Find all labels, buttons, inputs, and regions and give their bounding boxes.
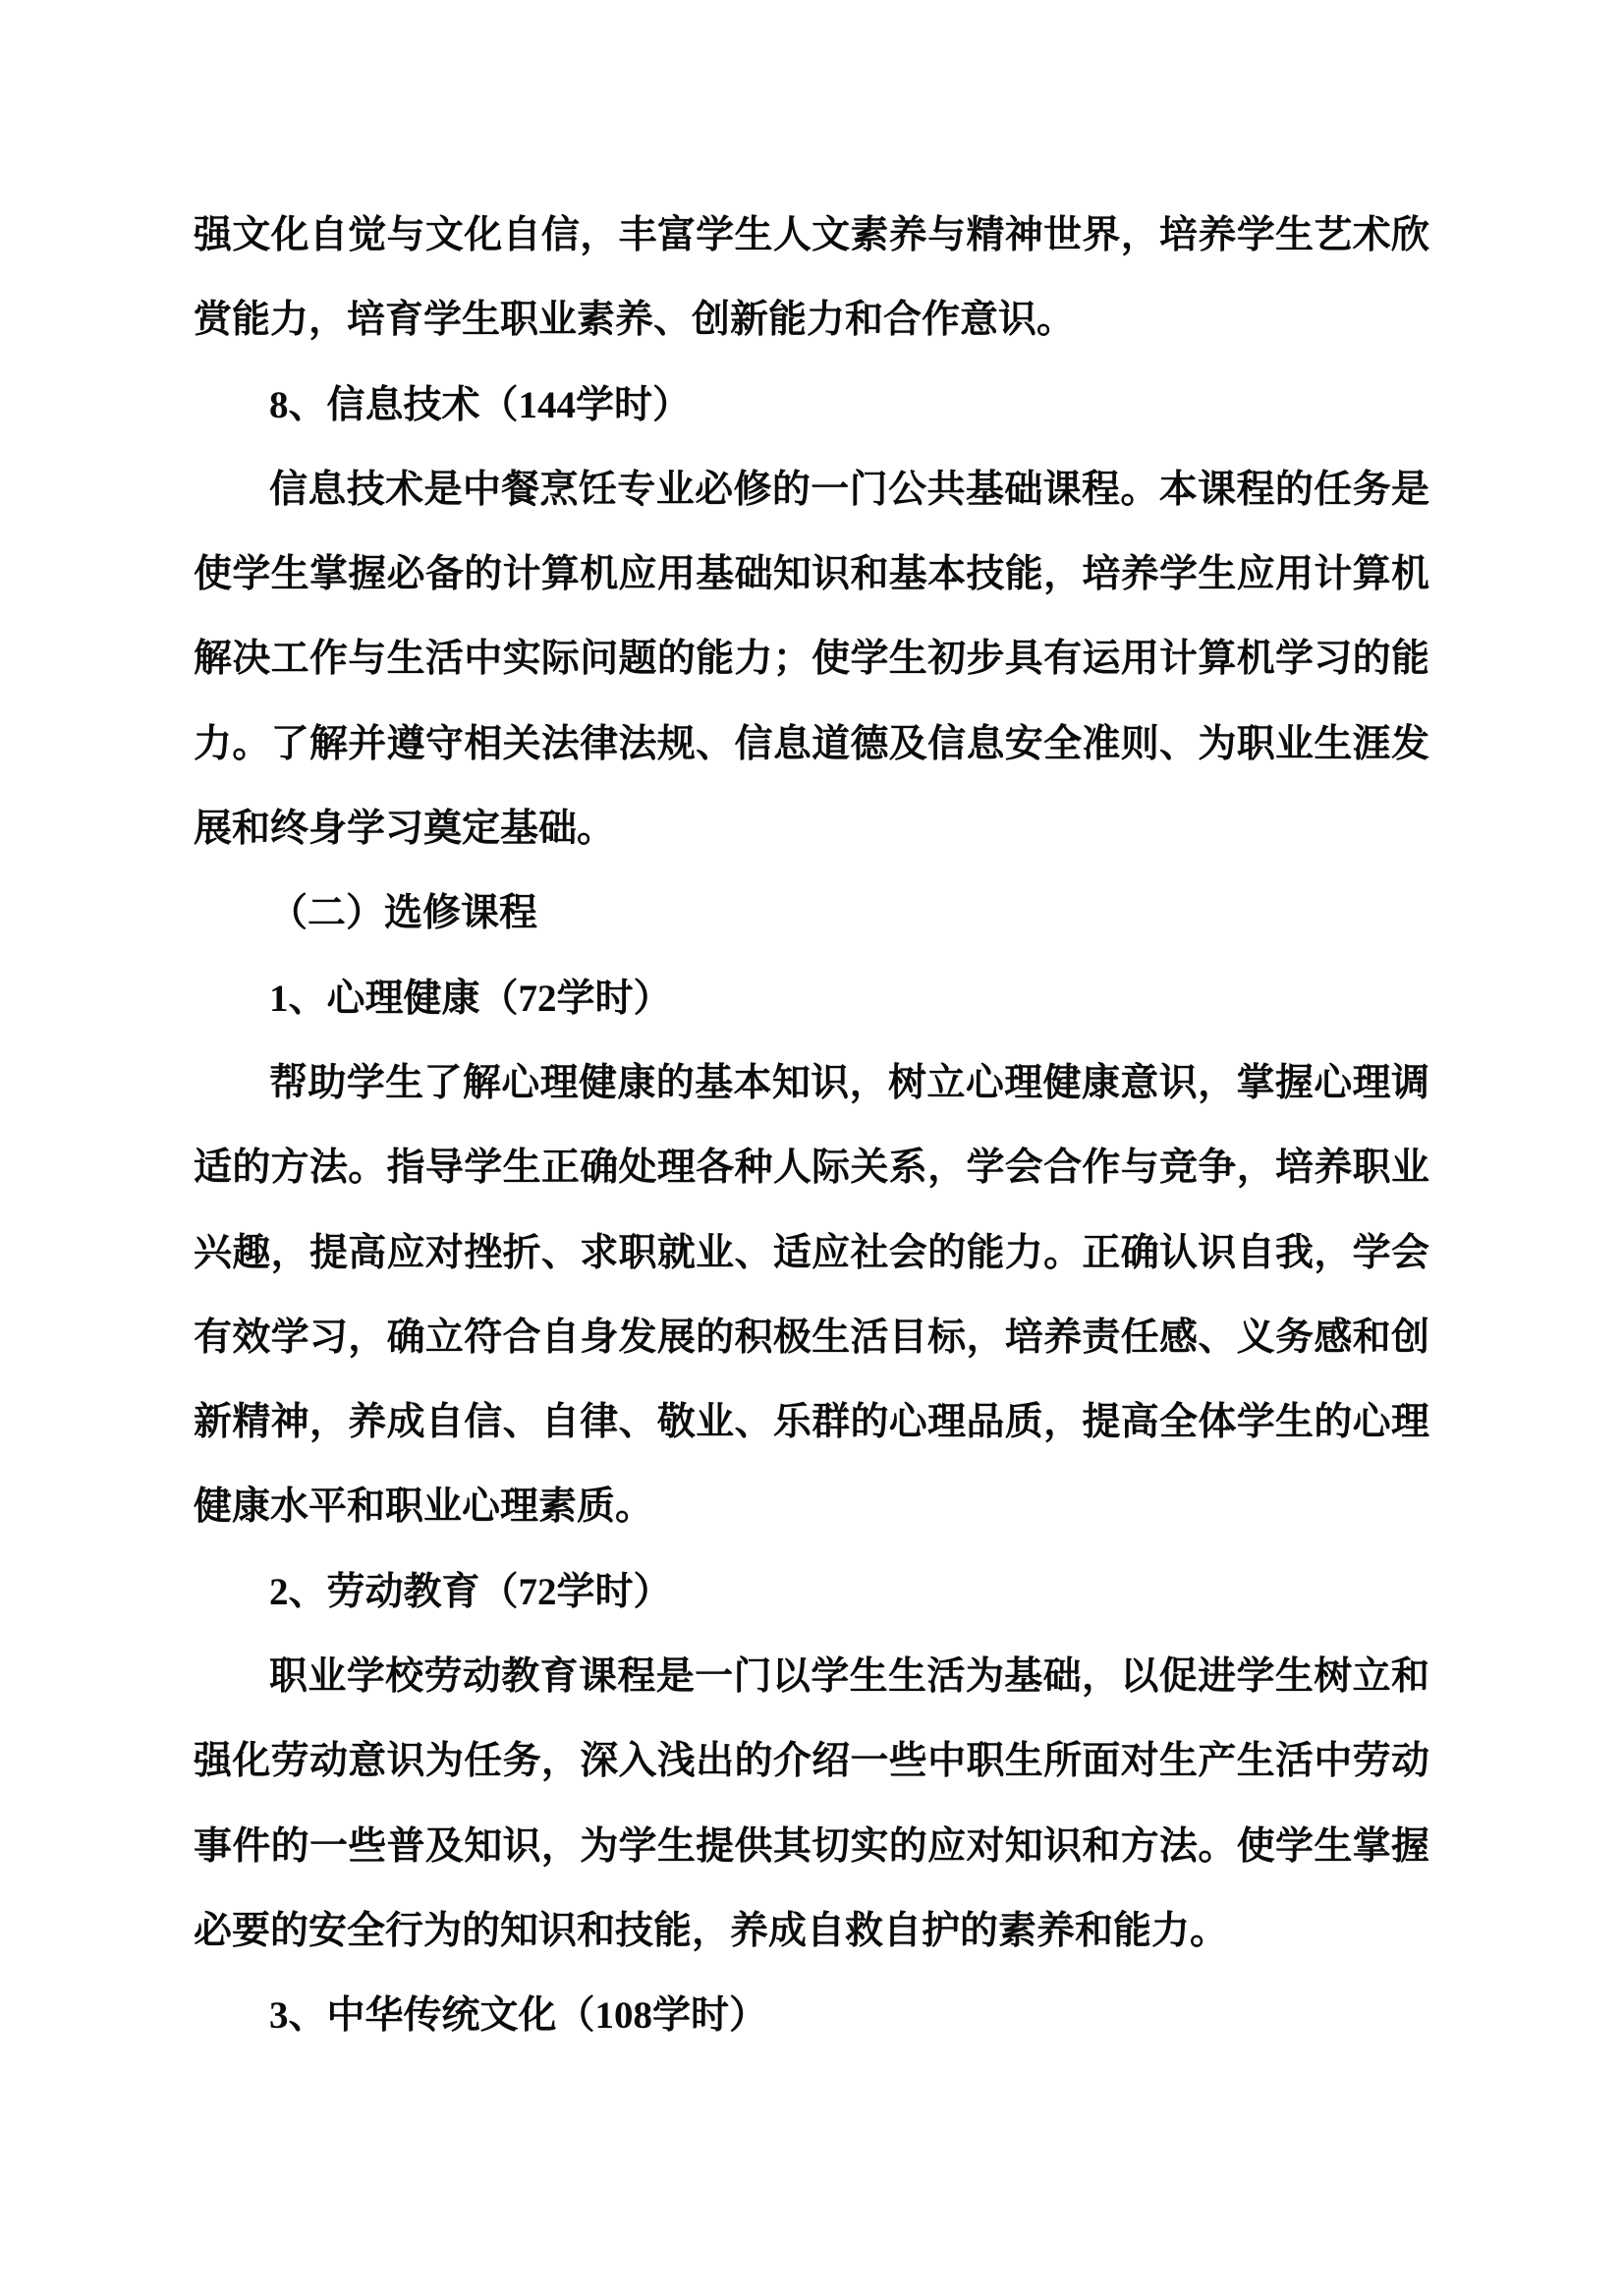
paragraph-line: 帮助学生了解心理健康的基本知识，树立心理健康意识，掌握心理调 [194,1041,1429,1126]
paragraph-line: 有效学习，确立符合自身发展的积极生活目标，培养责任感、义务感和创 [194,1296,1429,1380]
paragraph-line: 解决工作与生活中实际问题的能力；使学生初步具有运用计算机学习的能 [194,617,1429,701]
heading-line: 2、劳动教育（72学时） [194,1550,1429,1635]
paragraph-line: 力。了解并遵守相关法律法规、信息道德及信息安全准则、为职业生涯发 [194,702,1429,787]
paragraph-line: 展和终身学习奠定基础。 [194,787,1429,871]
heading-line: 8、信息技术（144学时） [194,364,1429,448]
paragraph-line: 职业学校劳动教育课程是一门以学生生活为基础，以促进学生树立和 [194,1635,1429,1719]
paragraph-line: 使学生掌握必备的计算机应用基础知识和基本技能，培养学生应用计算机 [194,532,1429,617]
paragraph-line: 强文化自觉与文化自信，丰富学生人文素养与精神世界，培养学生艺术欣 [194,194,1429,278]
paragraph-line: 必要的安全行为的知识和技能，养成自救自护的素养和能力。 [194,1889,1429,1974]
paragraph-line: 健康水平和职业心理素质。 [194,1465,1429,1549]
heading-line: 1、心理健康（72学时） [194,957,1429,1041]
paragraph-line: 兴趣，提高应对挫折、求职就业、适应社会的能力。正确认识自我，学会 [194,1211,1429,1296]
text-area: 强文化自觉与文化自信，丰富学生人文素养与精神世界，培养学生艺术欣赏能力，培育学生… [194,194,1429,2059]
heading-line: 3、中华传统文化（108学时） [194,1974,1429,2058]
paragraph-line: 适的方法。指导学生正确处理各种人际关系，学会合作与竞争，培养职业 [194,1126,1429,1210]
paragraph-line: 新精神，养成自信、自律、敬业、乐群的心理品质，提高全体学生的心理 [194,1380,1429,1465]
paragraph-line: 信息技术是中餐烹饪专业必修的一门公共基础课程。本课程的任务是 [194,448,1429,532]
paragraph-line: 强化劳动意识为任务，深入浅出的介绍一些中职生所面对生产生活中劳动 [194,1719,1429,1804]
document-page: 强文化自觉与文化自信，丰富学生人文素养与精神世界，培养学生艺术欣赏能力，培育学生… [0,0,1623,2296]
paragraph-line: 事件的一些普及知识，为学生提供其切实的应对知识和方法。使学生掌握 [194,1805,1429,1889]
heading-line: （二）选修课程 [194,871,1429,956]
paragraph-line: 赏能力，培育学生职业素养、创新能力和合作意识。 [194,278,1429,363]
